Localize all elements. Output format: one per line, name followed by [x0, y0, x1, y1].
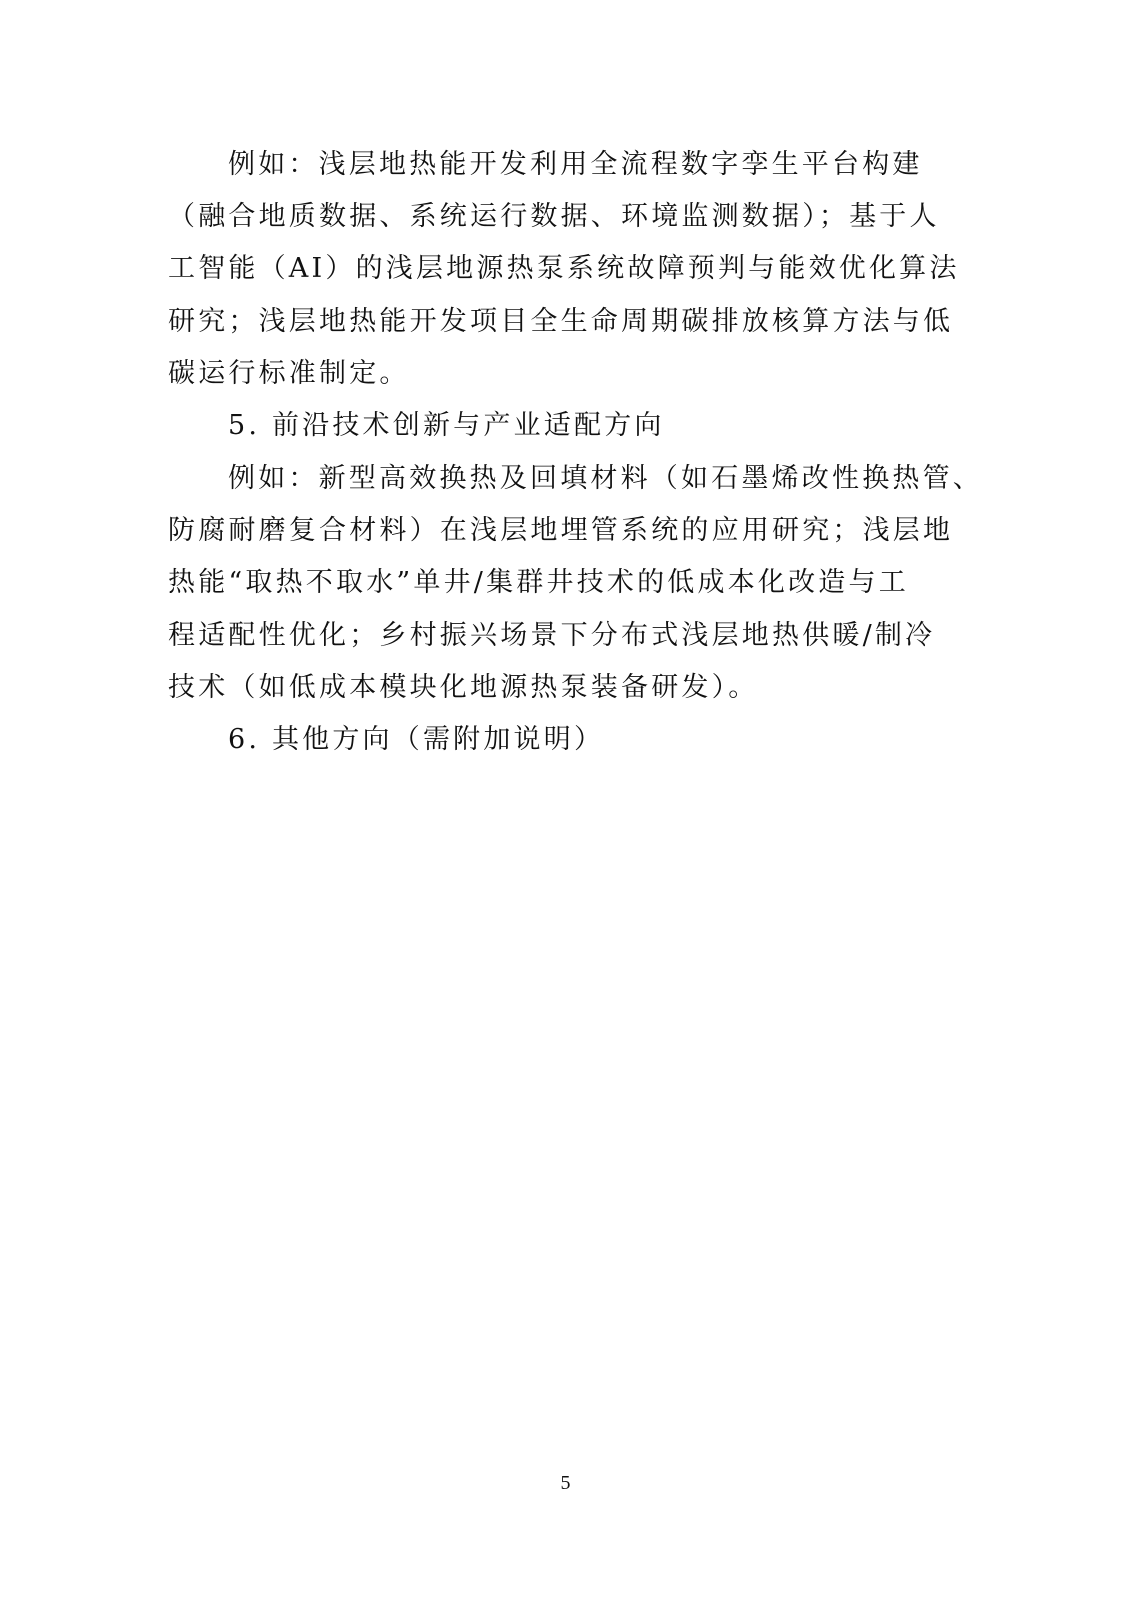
- paragraph-line: 技术（如低成本模块化地源热泵装备研发）。: [168, 673, 759, 703]
- paragraph-line: 程适配性优化；乡村振兴场景下分布式浅层地热供暖/制冷: [168, 621, 935, 651]
- paragraph-line: 碳运行标准制定。: [168, 359, 410, 389]
- paragraph-line: 工智能（AI）的浅层地源热泵系统故障预判与能效优化算法: [168, 254, 960, 284]
- document-page: 例如：浅层地热能开发利用全流程数字孪生平台构建 （融合地质数据、系统运行数据、环…: [0, 0, 1131, 1600]
- paragraph-line: （融合地质数据、系统运行数据、环境监测数据）；基于人: [168, 202, 940, 232]
- paragraph-line: 防腐耐磨复合材料）在浅层地埋管系统的应用研究；浅层地: [168, 516, 953, 546]
- section-heading-6: 6. 其他方向（需附加说明）: [228, 725, 604, 755]
- paragraph-line: 例如：新型高效换热及回填材料（如石墨烯改性换热管、: [228, 464, 983, 494]
- section-heading-5: 5. 前沿技术创新与产业适配方向: [228, 411, 665, 441]
- paragraph-line: 研究；浅层地热能开发项目全生命周期碳排放核算方法与低: [168, 307, 953, 337]
- paragraph-line: 热能“取热不取水”单井/集群井技术的低成本化改造与工: [168, 568, 909, 598]
- paragraph-line: 例如：浅层地热能开发利用全流程数字孪生平台构建: [228, 150, 923, 180]
- page-number: 5: [0, 1472, 1131, 1495]
